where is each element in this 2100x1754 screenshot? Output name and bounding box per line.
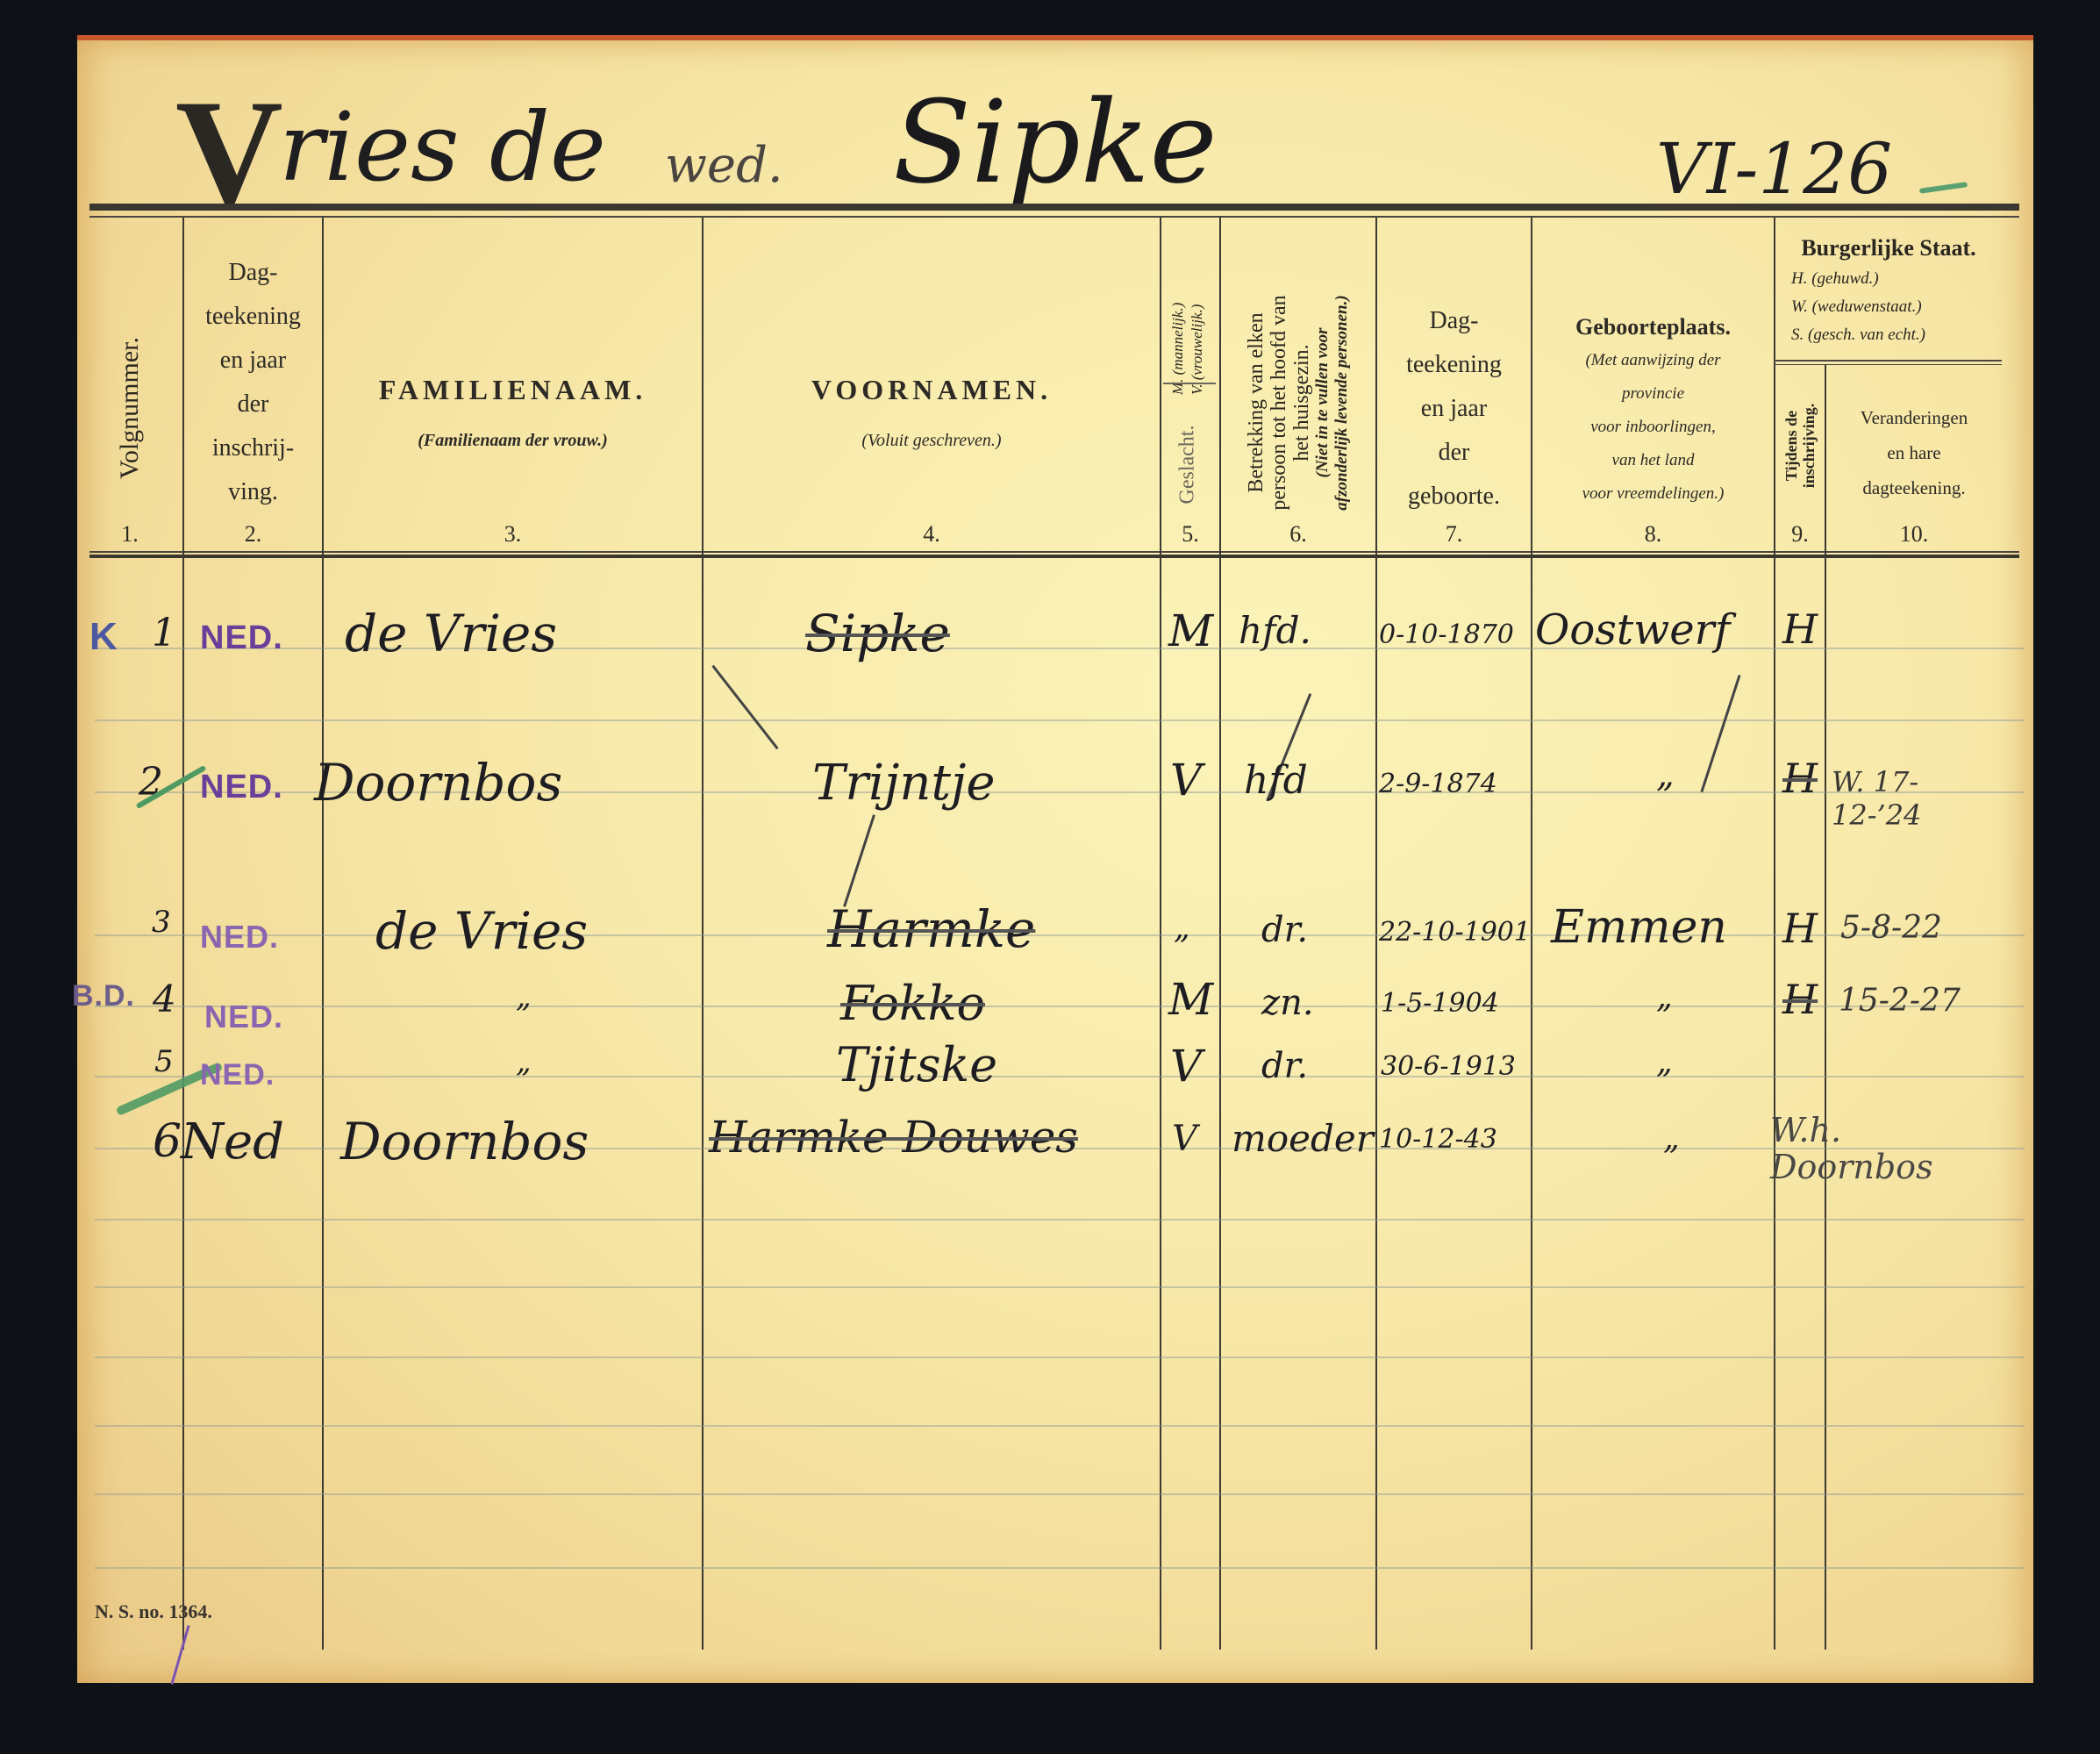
sex: V (1172, 1119, 1197, 1159)
header-line: en jaar (1377, 387, 1531, 431)
birth-date: 0-10-1870 (1379, 619, 1514, 650)
column-number: 4. (704, 521, 1160, 548)
nationality-stamp: NED. (200, 919, 279, 956)
header-rule-thick (89, 555, 2019, 558)
sex: M (1168, 974, 1213, 1025)
table-row: K 1 NED. de Vries Sipke M hfd. 0-10-1870… (77, 593, 2007, 672)
sex-legend-divider (1163, 383, 1216, 384)
changes: 15-2-27 (1839, 983, 1961, 1019)
ink-stroke (843, 814, 875, 907)
civil-status: H (1782, 905, 1818, 952)
header-line: voor vreemdelingen.) (1532, 477, 1774, 511)
sex: V (1170, 1041, 1202, 1092)
header-line: teekening (1377, 343, 1531, 387)
birthplace: Oostwerf (1535, 605, 1730, 655)
column-number: 1. (77, 521, 182, 548)
column-number: 3. (324, 521, 702, 548)
header-line: teekening (184, 295, 322, 339)
header-line: persoon tot het hoofd van (1268, 255, 1290, 550)
birth-date: 2-9-1874 (1379, 769, 1497, 799)
row-number: 4 (153, 977, 176, 1020)
header-line: van het land (1532, 444, 1774, 477)
ruled-line (95, 1286, 2025, 1288)
title-given-name: Sipke (893, 75, 1218, 209)
nationality: Ned (181, 1113, 284, 1171)
legend-divorced: S. (gesch. van echt.) (1791, 321, 2002, 349)
ink-stroke (711, 665, 778, 749)
birthplace-ditto: „ (1656, 979, 1673, 1015)
header-col-2: Dag- teekening en jaar der inschrij- vin… (184, 251, 322, 514)
margin-stamp: K (89, 615, 118, 659)
ruled-line (95, 1493, 2025, 1495)
header-line: inschrij- (184, 426, 322, 470)
header-line: provincie (1532, 377, 1774, 411)
table-row: 5 NED. „ Tjitske V dr. 30-6-1913 „ (77, 1049, 2007, 1120)
changes: 5-8-22 (1840, 910, 1942, 946)
header-col-10: Veranderingen en hare dagteekening. (1826, 400, 2002, 505)
column-number: 6. (1221, 521, 1375, 548)
header-line: Tijdens de (1782, 377, 1800, 514)
surname: de Vries (375, 901, 588, 961)
header-betrekking: Betrekking van elken persoon tot het hoo… (1245, 255, 1352, 550)
header-col-3: FAMILIENAAM. (Familienaam der vrouw.) (324, 374, 702, 451)
column-number: 7. (1377, 521, 1531, 548)
header-tijdens: Tijdens de inschrijving. (1782, 377, 1818, 514)
header-line: der (184, 383, 322, 426)
given-name: Fokko (840, 976, 985, 1031)
sex: M (1168, 605, 1213, 656)
header-col-6: Betrekking van elken persoon tot het hoo… (1221, 218, 1375, 516)
surname: Doornbos (340, 1112, 589, 1171)
birthplace-ditto: „ (1656, 755, 1675, 795)
relation: dr. (1261, 910, 1308, 950)
column-number: 9. (1775, 521, 1825, 548)
birthplace: Emmen (1551, 901, 1727, 954)
row-number: 3 (152, 905, 171, 940)
legend-widowed: W. (weduwenstaat.) (1791, 293, 2002, 321)
birth-date: 1-5-1904 (1381, 988, 1499, 1019)
legend-female: V. (vrouwelijk.) (1188, 246, 1207, 395)
header-line: dagteekening. (1826, 470, 2002, 505)
header-line: en hare (1826, 435, 2002, 470)
header-geboorteplaats: Geboorteplaats. (1532, 314, 1774, 340)
birthplace-ditto: „ (1656, 1044, 1673, 1080)
header-familienaam: FAMILIENAAM. (324, 374, 702, 406)
changes: W. 17-12-’24 (1832, 765, 2007, 832)
title-widow-annotation: wed. (665, 137, 783, 194)
table-row: 6 Ned Doornbos Harmke Douwes V moeder 10… (77, 1115, 2007, 1185)
legend-male: M. (mannelijk.) (1168, 246, 1188, 395)
given-name: Harmke (827, 899, 1035, 959)
header-col-4: VOORNAMEN. (Voluit geschreven.) (704, 374, 1160, 451)
header-familienaam-sub: (Familienaam der vrouw.) (324, 431, 702, 451)
row-number: 6 (153, 1115, 182, 1168)
sex-ditto: „ (1174, 910, 1190, 946)
form-number: N. S. no. 1364. (95, 1600, 212, 1623)
header-rule-thin (89, 551, 2019, 553)
register-card: V ries de wed. Sipke VI-126 Volgnummer. … (77, 35, 2033, 1683)
header-col-5: M. (mannelijk.) V. (vrouwelijk.) Geslach… (1161, 218, 1219, 551)
header-burgerlijke-staat: Burgerlijke Staat. H. (gehuwd.) W. (wedu… (1775, 235, 2002, 349)
top-rule-thick (89, 204, 2019, 211)
nationality-stamp: NED. (200, 769, 283, 806)
header-line: ving. (184, 470, 322, 514)
purple-pencil-mark (170, 1625, 189, 1685)
birthplace-ditto: „ (1663, 1120, 1680, 1156)
civil-status-subrule (1774, 360, 2002, 362)
ruled-line (95, 1567, 2025, 1569)
header-line: inschrijving. (1800, 377, 1818, 514)
header-voornamen: VOORNAMEN. (704, 374, 1160, 406)
title-reference: VI-126 (1656, 128, 1892, 210)
birth-date: 22-10-1901 (1379, 917, 1531, 948)
ruled-line (95, 1219, 2025, 1221)
legend-married: H. (gehuwd.) (1791, 265, 2002, 293)
header-line: voor inboorlingen, (1532, 411, 1774, 444)
green-pencil-mark (1919, 182, 1968, 194)
margin-stamp: B.D. (72, 979, 135, 1013)
header-voornamen-sub: (Voluit geschreven.) (704, 431, 1160, 451)
title-initial: V (175, 67, 283, 238)
sex: V (1170, 755, 1202, 805)
header-geboorteplaats-sub: (Met aanwijzing der provincie voor inboo… (1532, 344, 1774, 511)
given-name: Tjitske (836, 1037, 997, 1092)
header-line: Betrekking van elken (1245, 255, 1268, 550)
header-col-8: Geboorteplaats. (Met aanwijzing der prov… (1532, 314, 1774, 511)
header-geslacht: Geslacht. (1176, 395, 1200, 535)
row-number: 1 (152, 611, 176, 655)
header-line: het huisgezin. (1290, 255, 1313, 550)
relation: hfd (1244, 758, 1308, 803)
table-row: 2 NED. Doornbos Trijntje V hfd 2-9-1874 … (77, 742, 2007, 821)
relation: dr. (1261, 1046, 1308, 1086)
header-line: der (1377, 431, 1531, 475)
column-number: 8. (1532, 521, 1774, 548)
header-col-1: Volgnummer. (77, 218, 182, 551)
header-line: geboorte. (1377, 475, 1531, 519)
given-name: Sipke (805, 604, 950, 663)
header-line: en jaar (184, 339, 322, 383)
title-surname: ries de (279, 93, 606, 203)
changes: W.h. Doornbos (1770, 1112, 2007, 1185)
surname-ditto: „ (516, 1044, 532, 1079)
birth-date: 30-6-1913 (1381, 1051, 1516, 1082)
given-name: Harmke Douwes (709, 1112, 1078, 1163)
header-line: Veranderingen (1826, 400, 2002, 435)
column-number: 2. (184, 521, 322, 548)
header-col-7: Dag- teekening en jaar der geboorte. (1377, 299, 1531, 519)
header-sex-legend: M. (mannelijk.) V. (vrouwelijk.) (1168, 246, 1207, 395)
column-number: 5. (1161, 521, 1219, 548)
surname-ditto: „ (516, 979, 532, 1014)
header-volgnummer: Volgnummer. (115, 303, 145, 513)
surname: Doornbos (314, 753, 562, 813)
relation: moeder (1232, 1117, 1374, 1160)
ruled-line (95, 1425, 2025, 1427)
header-line: Dag- (184, 251, 322, 295)
birth-date: 10-12-43 (1379, 1124, 1497, 1155)
header-col-9: Tijdens de inschrijving. (1775, 367, 1825, 521)
nationality-stamp: NED. (200, 1058, 275, 1092)
top-rule-thin (89, 216, 2019, 218)
header-line: Dag- (1377, 299, 1531, 343)
civil-status-subrule (1774, 364, 2002, 365)
table-row: B.D. 4 NED. „ Fokko M zn. 1-5-1904 „ H 1… (77, 979, 2007, 1049)
civil-status: H (1782, 976, 1818, 1023)
relation: zn. (1261, 983, 1314, 1023)
surname: de Vries (345, 604, 557, 663)
civil-status: H (1782, 755, 1818, 802)
ruled-line (95, 1357, 2025, 1358)
nationality-stamp: NED. (204, 999, 283, 1035)
relation: hfd. (1239, 609, 1311, 652)
header-line: (Niet in te vullen voor (1313, 255, 1332, 550)
table-row: 3 NED. de Vries Harmke „ dr. 22-10-1901 … (77, 905, 2007, 975)
column-number: 10. (1826, 521, 2002, 548)
given-name: Trijntje (812, 755, 995, 812)
header-line: (Met aanwijzing der (1532, 344, 1774, 377)
nationality-stamp: NED. (200, 619, 283, 657)
civil-status-title: Burgerlijke Staat. (1775, 235, 2002, 261)
civil-status: H (1782, 605, 1818, 653)
header-line: afzonderlijk levende personen.) (1332, 255, 1352, 550)
row-number: 5 (154, 1044, 174, 1079)
ruled-line (95, 719, 2025, 721)
